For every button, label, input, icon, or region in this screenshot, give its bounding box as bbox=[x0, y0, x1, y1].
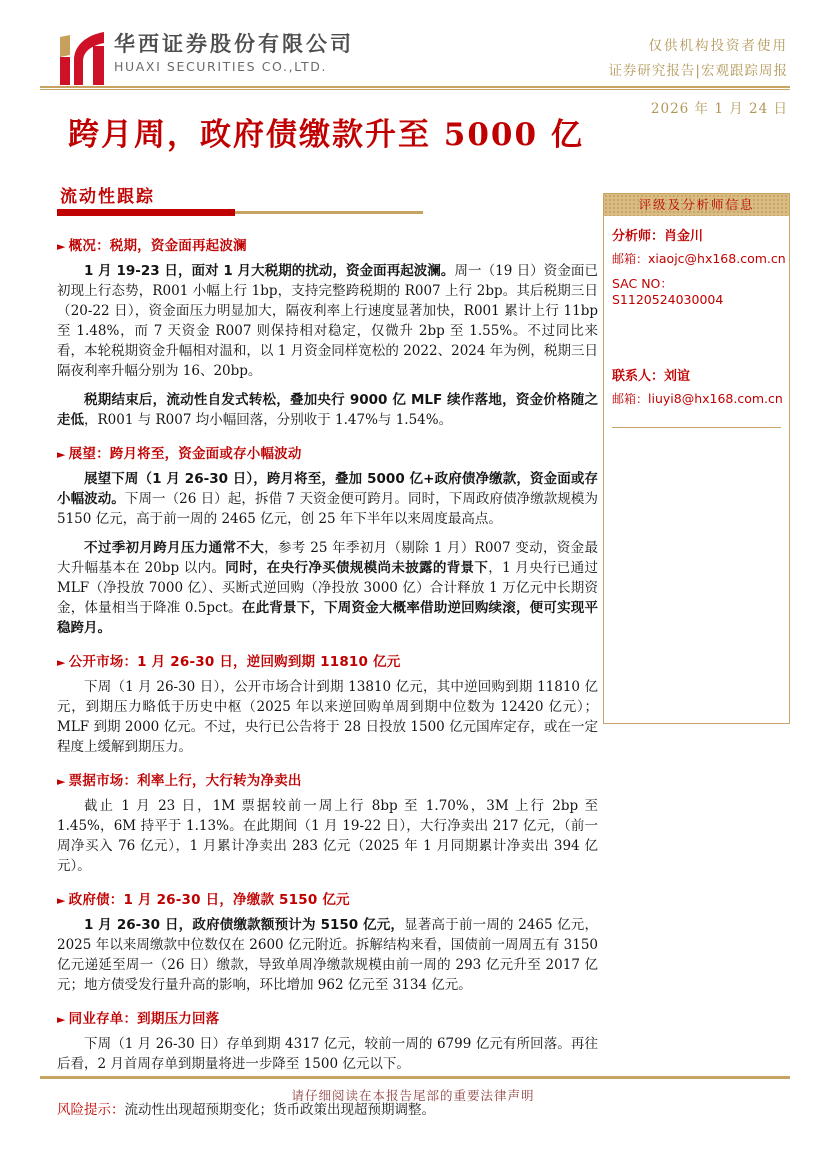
contact-email-label: 邮箱： bbox=[612, 392, 648, 406]
company-block: 华西证券股份有限公司 HUAXI SECURITIES CO.,LTD. bbox=[114, 31, 354, 74]
subtitle-divider-tan bbox=[235, 211, 423, 214]
text-run: 下周一（26 日）起，拆借 7 天资金便可跨月。同时，下周政府债净缴款规模为 5… bbox=[57, 491, 598, 527]
contact-email: liuyi8@hx168.com.cn bbox=[648, 391, 783, 406]
sac-number: S1120524030004 bbox=[612, 292, 723, 307]
analyst-info-panel: 评级及分析师信息 分析师：肖金川 邮箱：xiaojc@hx168.com.cn … bbox=[603, 193, 790, 724]
sac-label: SAC NO： bbox=[612, 276, 673, 291]
risk-label: 风险提示： bbox=[57, 1102, 125, 1118]
text-run: 截止 1 月 23 日，1M 票据较前一周上行 8bp 至 1.70%，3M 上… bbox=[57, 798, 598, 874]
audience-note: 仅供机构投资者使用 bbox=[608, 40, 788, 54]
header-divider bbox=[40, 86, 790, 90]
subtitle-divider-red bbox=[57, 209, 235, 216]
page-subtitle: 流动性跟踪 bbox=[60, 182, 155, 207]
section-heading: ►同业存单：到期压力回落 bbox=[57, 1007, 598, 1027]
analyst-email-label: 邮箱： bbox=[612, 252, 648, 266]
arrow-right-icon: ► bbox=[57, 448, 69, 461]
footer-divider bbox=[40, 1076, 790, 1079]
section-heading-text: 票据市场：利率上行，大行转为净卖出 bbox=[69, 773, 302, 789]
section-heading: ►公开市场：1 月 26-30 日，逆回购到期 11810 亿元 bbox=[57, 650, 598, 670]
analyst-panel-header: 评级及分析师信息 bbox=[604, 194, 789, 216]
contact-name-row: 联系人：刘谊 bbox=[612, 365, 781, 384]
paragraph: 展望下周（1 月 26-30 日），跨月将至，叠加 5000 亿+政府债净缴款，… bbox=[57, 469, 598, 529]
analyst-label: 分析师： bbox=[612, 229, 664, 244]
analyst-email: xiaojc@hx168.com.cn bbox=[648, 251, 786, 266]
text-run: 周一（19 日）资金面已初现上行态势，R001 小幅上行 1bp，支持完整跨税期… bbox=[57, 263, 598, 379]
page-title: 跨月周，政府债缴款升至 5000 亿 bbox=[68, 116, 628, 155]
risk-text: 流动性出现超预期变化；货币政策出现超预期调整。 bbox=[125, 1102, 436, 1118]
section-heading-text: 公开市场：1 月 26-30 日，逆回购到期 11810 亿元 bbox=[69, 654, 401, 670]
section-heading: ►展望：跨月将至，资金面或存小幅波动 bbox=[57, 442, 598, 462]
report-date: 2026 年 1 月 24 日 bbox=[651, 97, 788, 117]
bold-text-run: 1 月 19-23 日，面对 1 月大税期的扰动，资金面再起波澜。 bbox=[84, 263, 454, 279]
report-sections: ►概况：税期，资金面再起波澜1 月 19-23 日，面对 1 月大税期的扰动，资… bbox=[57, 232, 598, 1120]
arrow-right-icon: ► bbox=[57, 240, 69, 253]
paragraph: 下周（1 月 26-30 日）存单到期 4317 亿元，较前一周的 6799 亿… bbox=[57, 1034, 598, 1074]
paragraph: 下周（1 月 26-30 日），公开市场合计到期 13810 亿元，其中逆回购到… bbox=[57, 677, 598, 757]
text-run: 下周（1 月 26-30 日），公开市场合计到期 13810 亿元，其中逆回购到… bbox=[57, 679, 598, 755]
section-heading: ►政府债：1 月 26-30 日，净缴款 5150 亿元 bbox=[57, 888, 598, 908]
section-heading-text: 同业存单：到期压力回落 bbox=[69, 1011, 220, 1027]
paragraph: 截止 1 月 23 日，1M 票据较前一周上行 8bp 至 1.70%，3M 上… bbox=[57, 796, 598, 876]
bold-text-run: 同时，在央行净买债规模尚未披露的背景下 bbox=[225, 560, 488, 576]
contact-email-row: 邮箱：liuyi8@hx168.com.cn bbox=[612, 390, 781, 407]
bold-text-run: 不过季初月跨月压力通常不大 bbox=[84, 540, 264, 556]
text-run: ，R001 与 R007 均小幅回落，分别收于 1.47%与 1.54%。 bbox=[84, 412, 452, 428]
contact-label: 联系人： bbox=[612, 369, 664, 384]
paragraph: 1 月 26-30 日，政府债缴款额预计为 5150 亿元，显著高于前一周的 2… bbox=[57, 915, 598, 995]
arrow-right-icon: ► bbox=[57, 775, 69, 788]
arrow-right-icon: ► bbox=[57, 1013, 69, 1026]
section-heading: ►概况：税期，资金面再起波澜 bbox=[57, 234, 598, 254]
huaxi-h-logo-icon bbox=[57, 30, 105, 85]
section-heading-text: 展望：跨月将至，资金面或存小幅波动 bbox=[69, 446, 302, 462]
report-type: 证券研究报告|宏观跟踪周报 bbox=[608, 65, 788, 79]
analyst-email-row: 邮箱：xiaojc@hx168.com.cn bbox=[612, 250, 781, 267]
paragraph: 不过季初月跨月压力通常不大，参考 25 年季初月（剔除 1 月）R007 变动，… bbox=[57, 538, 598, 638]
subtitle-divider bbox=[57, 208, 423, 216]
paragraph: 税期结束后，流动性自发式转松，叠加央行 9000 亿 MLF 续作落地，资金价格… bbox=[57, 390, 598, 430]
section-heading: ►票据市场：利率上行，大行转为净卖出 bbox=[57, 769, 598, 789]
header-right: 仅供机构投资者使用 证券研究报告|宏观跟踪周报 bbox=[608, 40, 788, 78]
section-heading-text: 概况：税期，资金面再起波澜 bbox=[69, 238, 247, 254]
legal-notice: 请仔细阅读在本报告尾部的重要法律声明 bbox=[0, 1086, 826, 1104]
report-page: 华西证券股份有限公司 HUAXI SECURITIES CO.,LTD. 仅供机… bbox=[0, 0, 826, 1169]
section-heading-text: 政府债：1 月 26-30 日，净缴款 5150 亿元 bbox=[69, 892, 350, 908]
text-run: 下周（1 月 26-30 日）存单到期 4317 亿元，较前一周的 6799 亿… bbox=[57, 1036, 598, 1072]
sidebar-spacer bbox=[612, 307, 781, 365]
paragraph: 1 月 19-23 日，面对 1 月大税期的扰动，资金面再起波澜。周一（19 日… bbox=[57, 261, 598, 381]
bold-text-run: 1 月 26-30 日，政府债缴款额预计为 5150 亿元， bbox=[84, 917, 404, 933]
company-name-en: HUAXI SECURITIES CO.,LTD. bbox=[114, 59, 354, 74]
sac-row: SAC NO：S1120524030004 bbox=[612, 274, 781, 307]
arrow-right-icon: ► bbox=[57, 656, 69, 669]
analyst-panel-body: 分析师：肖金川 邮箱：xiaojc@hx168.com.cn SAC NO：S1… bbox=[604, 216, 789, 428]
analyst-name: 肖金川 bbox=[664, 229, 703, 244]
contact-name: 刘谊 bbox=[664, 369, 690, 384]
company-name-cn: 华西证券股份有限公司 bbox=[114, 31, 354, 57]
sidebar-divider bbox=[612, 427, 781, 428]
arrow-right-icon: ► bbox=[57, 894, 69, 907]
analyst-name-row: 分析师：肖金川 bbox=[612, 225, 781, 244]
